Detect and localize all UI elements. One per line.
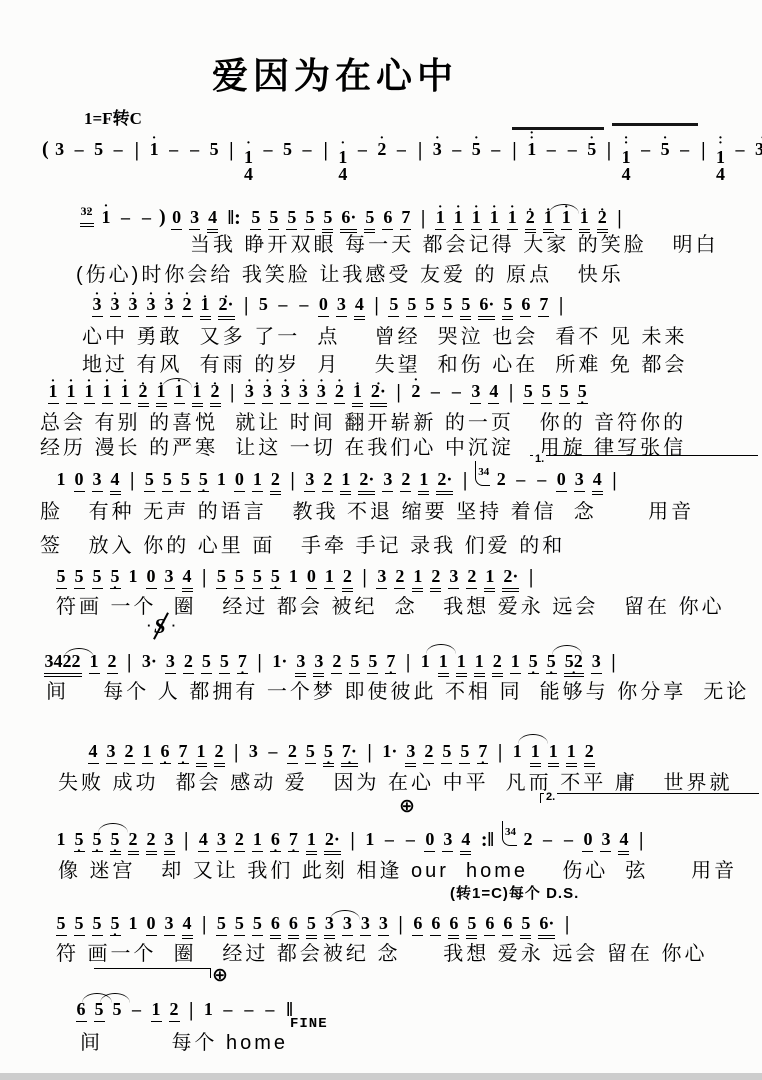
dash-token: –	[431, 380, 440, 402]
note-token: 6·	[478, 293, 495, 320]
first-ending-label: 1.	[533, 453, 546, 465]
note-token: 3	[342, 912, 353, 936]
dash-token: –	[299, 293, 308, 315]
note-token: 3	[189, 206, 200, 230]
note-token: 6	[484, 912, 495, 936]
note-token: 2	[430, 565, 441, 592]
note-token: 1	[196, 740, 207, 767]
note-token: 1	[288, 565, 299, 588]
note-token: 7·	[237, 650, 248, 674]
note-token: 5	[92, 565, 103, 589]
barline: |	[244, 294, 248, 316]
barline: |	[229, 139, 233, 161]
second-ending-label: 2.	[544, 791, 557, 803]
dash-token: –	[142, 206, 151, 228]
chord-token: 1·4	[243, 149, 254, 183]
note-token: 5	[216, 565, 227, 589]
note-token: 5	[523, 380, 534, 404]
lyrics-row: 间 每个 home	[80, 1026, 288, 1055]
note-token: 3	[313, 650, 324, 677]
note-token: 1	[89, 650, 100, 674]
note-token: 3	[448, 565, 459, 589]
note-token: 1	[252, 468, 263, 492]
note-token: 3·	[316, 380, 327, 404]
note-token: 5	[112, 998, 123, 1021]
lyrics-row: (伤心)时你会给 我笑脸 让我感受 友爱 的 原点 快乐	[76, 258, 624, 287]
note-token: 5	[219, 650, 230, 674]
note-token: 6	[76, 998, 87, 1022]
note-token: 1	[151, 998, 162, 1022]
barline: |	[230, 381, 234, 403]
note-token: 3	[92, 468, 103, 492]
note-token: 5	[541, 380, 552, 404]
note-token: 5·	[270, 565, 281, 589]
notes-row: 1·1·1·1·1·2·1·1·1·2·|3·3·3·3·3·2·1·2··|2…	[44, 380, 591, 407]
note-token: 0	[556, 468, 567, 492]
note-token: 0	[171, 206, 182, 230]
note-token: 3	[248, 740, 259, 763]
note-token: 1·	[352, 380, 363, 407]
note-token: 3·	[262, 380, 273, 404]
note-token: 1	[142, 740, 153, 764]
note-token: 1	[420, 650, 431, 673]
note-token: 3	[360, 912, 371, 936]
dash-token: –	[385, 828, 394, 850]
note-token: 2·	[210, 380, 221, 407]
barline: |	[509, 381, 513, 403]
barline: |	[607, 139, 611, 161]
barline: |	[565, 913, 569, 935]
chord-token: 1·4	[337, 149, 348, 183]
barline: |	[612, 469, 616, 491]
dash-token: –	[406, 828, 415, 850]
note-token: 5	[406, 293, 417, 317]
note-token: 5·	[528, 650, 539, 674]
note-token: 5	[305, 740, 316, 764]
dash-token: –	[263, 138, 272, 160]
note-token: 3·	[128, 293, 139, 317]
note-token: 5	[304, 206, 315, 230]
barline: |	[701, 139, 705, 161]
note-token: 5·	[660, 138, 671, 161]
dash-token: –	[302, 138, 311, 160]
dash-token: –	[223, 998, 232, 1020]
note-token: 1·	[120, 380, 131, 404]
barline: )	[159, 206, 166, 228]
note-token: 1	[512, 740, 523, 763]
notes-row: 655–12|1–––‖	[72, 998, 299, 1022]
barline: |	[396, 381, 400, 403]
note-token: 6	[382, 206, 393, 230]
note-token: 2	[107, 650, 118, 674]
note-token: 5·	[74, 828, 85, 852]
notes-row: 1034|5555·1012|3212·3212·|342––034|	[52, 468, 623, 496]
sheet-music-page: 爱因为在心中 1=F转C (3–5–|1·––5|1·4–5–|1·4–2·–|…	[0, 0, 762, 1080]
note-token: 1	[418, 468, 429, 495]
coda-icon: ⊕	[212, 964, 228, 986]
note-token: 7	[538, 293, 549, 317]
note-token: 2·	[376, 138, 387, 161]
note-token: 5·	[92, 828, 103, 852]
dash-token: –	[75, 138, 84, 160]
barline: |	[398, 913, 402, 935]
note-token: 3·	[280, 380, 291, 404]
note-token: 2·	[502, 565, 519, 592]
note-token: 2	[169, 998, 180, 1022]
note-token: 7··	[341, 740, 358, 767]
note-token: 1	[456, 650, 467, 677]
note-token: 1·	[48, 380, 59, 404]
note-token: 2	[492, 650, 503, 677]
note-token: 5·	[471, 138, 482, 161]
barline: |	[323, 139, 327, 161]
note-token: 1·	[561, 206, 572, 230]
note-token: 2	[270, 468, 281, 495]
note-token: 5	[442, 293, 453, 317]
note-token: 2	[124, 740, 135, 764]
dash-token: –	[265, 998, 274, 1020]
note-token: 5	[258, 293, 269, 316]
note-token: 7	[400, 206, 411, 230]
dash-token: –	[547, 138, 556, 160]
notes-row: 342212|3·32557·|1·332557·|1111215·5·52·3…	[40, 650, 622, 677]
note-token: 1·	[435, 206, 446, 230]
dash-token: –	[358, 138, 367, 160]
key-signature: 1=F转C	[84, 104, 142, 129]
note-token: 1·	[101, 206, 112, 229]
barline: |	[498, 741, 502, 763]
note-token: 3·	[432, 138, 443, 161]
note-token: 3	[164, 912, 175, 936]
page-edge	[0, 1073, 762, 1080]
note-token: 2	[400, 468, 411, 492]
note-token: 4	[243, 166, 254, 183]
barline: |	[362, 566, 366, 588]
dash-token: –	[641, 138, 650, 160]
barline: |	[367, 741, 371, 763]
note-token: 3··	[754, 138, 762, 161]
note-token: 0	[234, 468, 245, 492]
note-token: 1·	[271, 650, 288, 673]
barline: |	[130, 469, 134, 491]
coda-overline	[94, 968, 211, 978]
barline: |	[406, 651, 410, 673]
note-token: 1··	[526, 138, 537, 161]
note-token: 5	[74, 565, 85, 589]
note-token: 2	[496, 468, 507, 491]
note-token: 2	[214, 740, 225, 767]
note-token: 32··	[80, 200, 94, 227]
barline: |	[374, 294, 378, 316]
coda-icon: ⊕	[399, 795, 415, 817]
barline: |	[559, 294, 563, 316]
note-token: 3	[164, 828, 175, 855]
note-token: 0	[424, 828, 435, 852]
lyrics-row: 当我 睁开双眼 每一天 都会记得 大家 的笑脸 明白	[190, 228, 718, 257]
note-token: 7·	[477, 740, 488, 764]
notes-row: 3·3·3·3·3·2·1·2··|5––034|555556·567|	[88, 293, 569, 320]
note-token: 3·	[110, 293, 121, 317]
dash-token: –	[543, 828, 552, 850]
note-token: 2	[128, 828, 139, 855]
note-token: 3·	[146, 293, 157, 317]
note-token: 1·	[192, 380, 203, 407]
note-token: 6·	[270, 828, 281, 852]
fine-label: FINE	[290, 1016, 328, 1032]
phrase-line	[512, 127, 604, 130]
note-token: 3	[591, 650, 602, 674]
note-token: 4	[88, 740, 99, 764]
note-token: 5	[388, 293, 399, 317]
note-token: 3	[378, 912, 389, 936]
note-token: 1·	[174, 380, 185, 404]
note-token: 5	[56, 565, 67, 589]
note-token: 5	[252, 912, 263, 936]
note-token: 5·	[110, 565, 121, 589]
note-token: 1	[56, 828, 67, 851]
note-token: 3·	[164, 293, 175, 317]
note-token: 3	[106, 740, 117, 764]
note-token: 0	[318, 293, 329, 317]
notes-row: 5555·1034|5555·1012|32123212·|	[52, 565, 539, 592]
note-token: 4	[618, 828, 629, 855]
note-token: 5	[216, 912, 227, 936]
lyrics-row: 间 每个 人 都拥有 一个梦 即使彼此 不相 同 能够与 你分享 无论	[46, 675, 749, 704]
note-token: 1·	[102, 380, 113, 404]
note-token: 1·	[471, 206, 482, 230]
note-token: 0	[306, 565, 317, 589]
note-token: 52·	[564, 650, 584, 677]
note-token: 1	[56, 468, 67, 491]
note-token: 3	[336, 293, 347, 317]
note-token: 1·	[66, 380, 77, 404]
first-ending-bracket: 1.	[530, 455, 758, 465]
barline: |	[512, 139, 516, 161]
lyrics-row: (转1=C)每个 D.S.	[450, 882, 579, 903]
note-token: 2·	[324, 828, 341, 855]
notes-row: 5555·1034|5556653333|66656656·|	[52, 912, 575, 939]
note-token: 0	[582, 828, 593, 852]
note-token: 6	[502, 912, 513, 936]
note-token: 4·	[715, 166, 726, 183]
note-token: 3·	[244, 380, 255, 404]
second-ending-bracket: 2.	[540, 793, 759, 803]
note-token: 3422	[44, 650, 82, 677]
dash-token: –	[278, 293, 287, 315]
note-token: 5·	[198, 468, 209, 492]
note-token: 3	[165, 650, 176, 674]
note-token: 2	[522, 828, 533, 851]
note-token: 1	[510, 650, 521, 674]
note-token: 2	[423, 740, 434, 764]
note-token: 1·	[489, 206, 500, 230]
note-token: 3·	[141, 650, 158, 673]
barline: |	[611, 651, 615, 673]
note-token: 1·	[149, 138, 160, 161]
note-token: 2··	[218, 293, 235, 320]
note-token: 5	[144, 468, 155, 492]
note-token: 1	[203, 998, 214, 1021]
note-token: 2	[183, 650, 194, 674]
note-token: 1	[340, 468, 351, 495]
note-token: 2	[322, 468, 333, 492]
note-token: 2·	[436, 468, 453, 495]
dash-token: –	[564, 828, 573, 850]
note-token: 0	[146, 912, 157, 936]
note-token: 0	[74, 468, 85, 492]
note-token: 4	[354, 293, 365, 320]
dash-token: –	[114, 138, 123, 160]
barline: |	[617, 207, 621, 229]
note-token: 4	[198, 828, 209, 852]
note-token: 1·	[381, 740, 398, 763]
note-token: 1	[484, 565, 495, 592]
barline: |	[463, 469, 467, 491]
barline: (	[42, 138, 49, 160]
note-token: 7·	[288, 828, 299, 852]
note-token: 3	[304, 468, 315, 492]
note-token: 2	[342, 565, 353, 592]
barline: :‖	[481, 829, 494, 851]
note-token: 5	[74, 912, 85, 936]
barline: |	[184, 829, 188, 851]
note-token: 1	[252, 828, 263, 852]
lyrics-row: 脸 有种 无声 的语言 教我 不退 缩要 坚持 着信 念 用音	[40, 495, 694, 524]
notes-row: 15·5·5·223|43216·7·12·|1––034:‖342––034|	[52, 828, 649, 856]
note-token: 1·	[453, 206, 464, 230]
dash-token: –	[516, 468, 525, 490]
ending-chord-mark: 34	[475, 461, 490, 486]
note-token: 5	[306, 912, 317, 939]
note-token: 3	[295, 650, 306, 677]
barline: |	[290, 469, 294, 491]
note-token: 5·	[110, 828, 121, 855]
note-token: 5	[56, 912, 67, 936]
note-token: 2·	[410, 380, 421, 403]
note-token: 3	[382, 468, 393, 492]
note-token: 1	[530, 740, 541, 767]
note-token: 5	[93, 138, 104, 161]
note-token: 6	[412, 912, 423, 936]
note-token: 1	[364, 828, 375, 851]
barline: |	[639, 829, 643, 851]
note-token: 4	[337, 166, 348, 183]
note-token: 6	[288, 912, 299, 939]
note-token: 3	[574, 468, 585, 492]
note-token: 5	[209, 138, 220, 161]
note-token: 2·	[182, 293, 193, 317]
dash-token: –	[568, 138, 577, 160]
note-token: 6·	[160, 740, 171, 764]
barline: |	[189, 999, 193, 1021]
note-token: 1	[548, 740, 559, 767]
note-token: 3	[470, 380, 481, 404]
note-token: 1	[306, 828, 317, 855]
note-token: 2	[331, 650, 342, 674]
note-token: 1·	[156, 380, 167, 407]
note-token: 4	[110, 468, 121, 495]
note-token: 1·	[200, 293, 211, 320]
note-token: 2	[394, 565, 405, 589]
note-token: 5	[460, 293, 471, 320]
note-token: 5	[201, 650, 212, 674]
note-token: 5·	[586, 138, 597, 161]
note-token: 4	[182, 912, 193, 939]
dash-token: –	[680, 138, 689, 160]
note-token: 2	[584, 740, 595, 767]
note-token: 5	[282, 138, 293, 161]
barline: |	[529, 566, 533, 588]
dash-token: –	[537, 468, 546, 490]
note-token: 5	[234, 565, 245, 589]
note-token: 5	[367, 650, 378, 674]
note-token: 5	[349, 650, 360, 674]
note-token: 5	[441, 740, 452, 764]
dash-token: –	[244, 998, 253, 1020]
chord-token: 1··4·	[715, 149, 726, 183]
note-token: 5	[250, 206, 261, 230]
note-token: 2	[146, 828, 157, 855]
note-token: 5	[94, 998, 105, 1022]
note-token: 4	[592, 468, 603, 495]
lyrics-row: 地过 有风 有雨 的岁 月 失望 和伤 心在 所难 免 都会	[82, 348, 687, 377]
note-token: 5·	[546, 650, 557, 674]
note-token: 3	[54, 138, 65, 161]
note-token: 4	[488, 380, 499, 404]
barline: |	[421, 207, 425, 229]
note-token: 3	[164, 565, 175, 589]
note-token: 5	[162, 468, 173, 492]
lyrics-row: 签 放入 你的 心里 面 手牵 手记 录我 们爱 的和	[40, 529, 565, 558]
barline: ‖:	[228, 207, 241, 229]
note-token: 1	[216, 468, 227, 491]
note-token: 5·	[577, 380, 588, 404]
note-token: 2·	[138, 380, 149, 407]
note-token: 5·	[110, 912, 121, 936]
note-token: 1	[438, 650, 449, 677]
note-token: 1	[566, 740, 577, 767]
barline: |	[202, 913, 206, 935]
note-token: 5	[459, 740, 470, 764]
note-token: 3·	[92, 293, 103, 317]
note-token: 3	[442, 828, 453, 852]
dash-token: –	[397, 138, 406, 160]
phrase-line	[612, 123, 698, 126]
note-token: 6·	[538, 912, 555, 939]
note-token: 2	[234, 828, 245, 852]
note-token: 5	[502, 293, 513, 320]
barline: |	[234, 741, 238, 763]
note-token: 5	[424, 293, 435, 317]
dash-token: –	[190, 138, 199, 160]
note-token: 1	[474, 650, 485, 677]
barline: |	[135, 139, 139, 161]
note-token: 6	[448, 912, 459, 939]
note-token: 7·	[178, 740, 189, 764]
note-token: 4	[182, 565, 193, 592]
ending-chord-mark: 34	[502, 821, 517, 846]
dash-token: –	[121, 206, 130, 228]
note-token: 6	[430, 912, 441, 936]
note-token: 1	[412, 565, 423, 592]
barline: |	[202, 566, 206, 588]
lyrics-row: 心中 勇敢 又多 了一 点 曾经 哭泣 也会 看不 见 未来	[82, 320, 687, 349]
note-token: 5	[268, 206, 279, 230]
note-token: 7·	[385, 650, 396, 674]
note-token: 5	[286, 206, 297, 230]
note-token: 5	[466, 912, 477, 939]
note-token: 5	[180, 468, 191, 492]
